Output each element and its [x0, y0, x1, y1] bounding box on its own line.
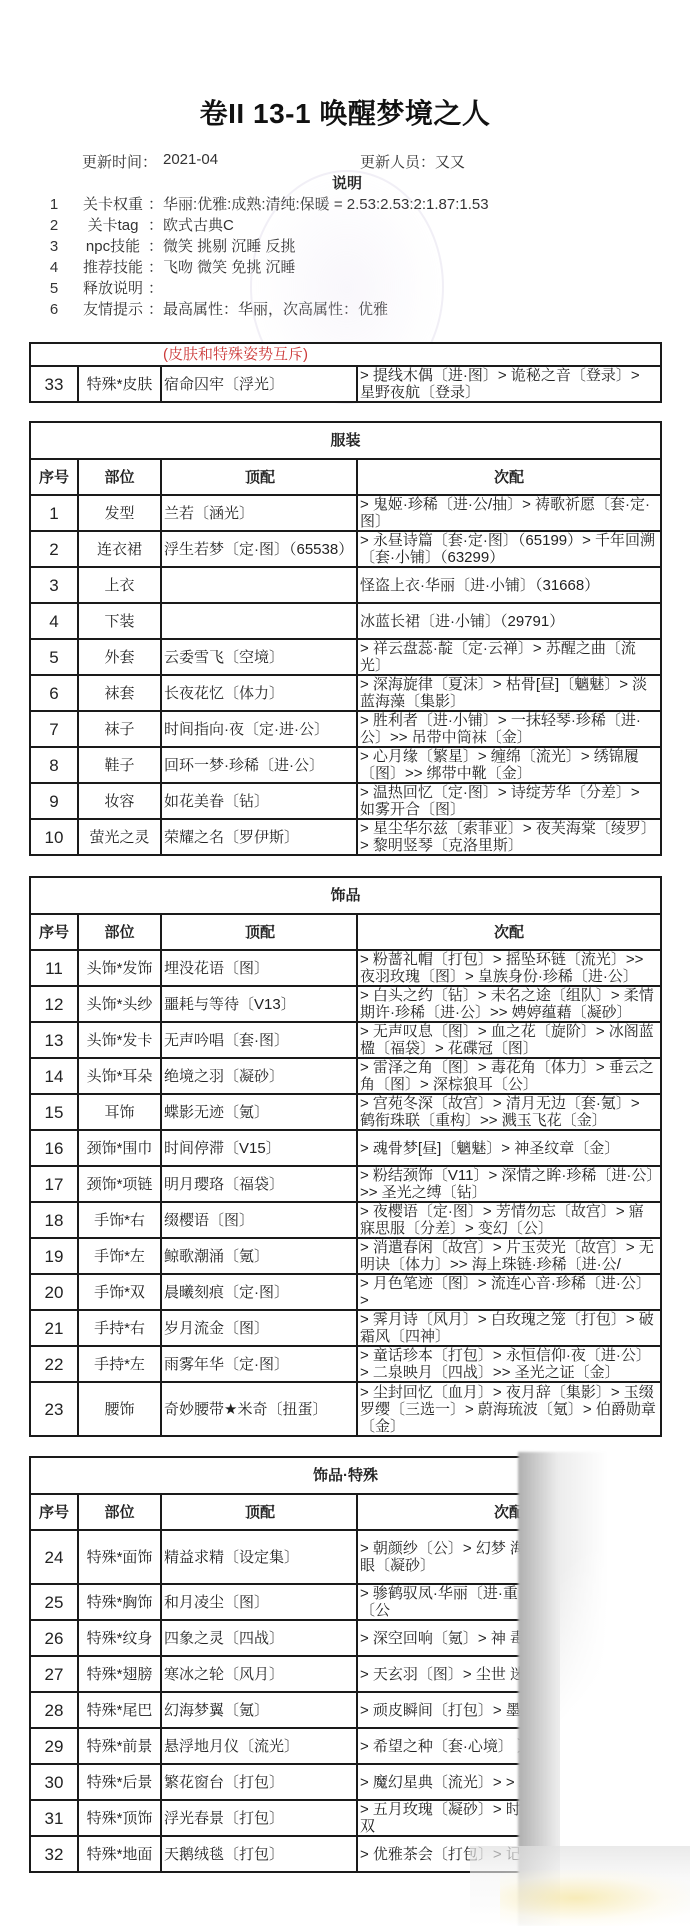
top-pick: 噩耗与等待〔V13〕: [160, 987, 356, 1021]
alternatives: 怪盗上衣·华丽〔进·小铺〕（31668）: [356, 568, 660, 602]
alternatives: > 胜利者〔进·小铺〕> 一抹轻琴·珍稀〔进·公〕>> 吊带中筒袜〔金〕: [356, 712, 660, 746]
alternatives-text: > 心月缘〔繁星〕> 缠绵〔流光〕> 绣锦履〔图〕>> 绑带中靴〔金〕: [360, 748, 658, 782]
note-separator: ：: [148, 215, 163, 236]
row-number: 27: [31, 1657, 77, 1691]
row-number: 5: [31, 640, 77, 674]
row-number: 10: [31, 820, 77, 854]
alternatives: > 粉结颈饰〔V11〕> 深情之眸·珍稀〔进·公〕>> 圣光之缚〔钻〕: [356, 1167, 660, 1201]
row-number: 30: [31, 1765, 77, 1799]
table-row: 23腰饰奇妙腰带★米奇〔扭蛋〕> 尘封回忆〔血月〕> 夜月辞〔集影〕> 玉缀罗缨…: [31, 1381, 660, 1435]
row-number: 19: [31, 1239, 77, 1273]
slot-name: 上衣: [77, 568, 160, 602]
update-time-value: 2021-04: [163, 151, 218, 168]
slot-name: 耳饰: [77, 1095, 160, 1129]
slot-name: 特殊*皮肤: [77, 367, 160, 401]
row-number: 8: [31, 748, 77, 782]
column-header: 顶配: [160, 460, 356, 494]
table-row: 7袜子时间指向·夜〔定·进·公〕> 胜利者〔进·小铺〕> 一抹轻琴·珍稀〔进·公…: [31, 710, 660, 746]
table-header-row: 序号部位顶配次配: [31, 458, 660, 494]
table-header-row: 序号部位顶配次配: [31, 913, 660, 949]
yellow-glow: [500, 1870, 690, 1926]
row-number: 20: [31, 1275, 77, 1309]
note-number: 6: [44, 299, 64, 320]
slot-name: 特殊*前景: [77, 1729, 160, 1763]
slot-name: 手饰*双: [77, 1275, 160, 1309]
top-pick: 晨曦刻痕〔定·图〕: [160, 1275, 356, 1309]
alternatives-text: > 宫苑冬深〔故宫〕> 清月无边〔套·氪〕> 鹤衔珠联〔重构〕>> 溅玉飞花〔金…: [360, 1095, 658, 1129]
row-number: 3: [31, 568, 77, 602]
alternatives: > 粉蔷礼帽〔打包〕> 摇坠环链〔流光〕>> 夜羽玫瑰〔图〕> 皇族身份·珍稀〔…: [356, 951, 660, 985]
table-row: 3上衣怪盗上衣·华丽〔进·小铺〕（31668）: [31, 566, 660, 602]
top-pick: [160, 568, 356, 602]
alternatives-text: > 星尘华尔兹〔索菲亚〕> 夜芙海棠〔绫罗〕> 黎明竖琴〔克洛里斯〕: [360, 820, 658, 854]
note-number: 2: [44, 215, 64, 236]
row-number: 32: [31, 1837, 77, 1871]
column-header: 顶配: [160, 1495, 356, 1529]
table-row: 2连衣裙浮生若梦〔定·图〕（65538）> 永昼诗篇〔套·定·图〕（65199）…: [31, 530, 660, 566]
alternatives: > 温热回忆〔定·图〕> 诗绽芳华〔分差〕> 如雾开合〔图〕: [356, 784, 660, 818]
row-number: 15: [31, 1095, 77, 1129]
note-separator: ：: [148, 194, 163, 215]
updater-label: 更新人员：: [360, 151, 435, 172]
slot-name: 颈饰*围巾: [77, 1131, 160, 1165]
note-label: 推荐技能: [76, 257, 150, 278]
alternatives-text: > 无声叹息〔图〕> 血之花〔旋阶〕> 冰阁蓝楹〔福袋〕> 花碟冠〔图〕: [360, 1023, 658, 1057]
note-label: 关卡权重: [76, 194, 150, 215]
alternatives: > 月色笔迹〔图〕> 流连心音·珍稀〔进·公〕>: [356, 1275, 660, 1309]
row-number: 7: [31, 712, 77, 746]
alternatives-text: 冰蓝长裙〔进·小铺〕（29791）: [360, 613, 564, 630]
table-title-row: 服装: [31, 423, 660, 458]
top-pick: 缀樱语〔图〕: [160, 1203, 356, 1237]
top-pick: 奇妙腰带★米奇〔扭蛋〕: [160, 1383, 356, 1435]
table-title: 服装: [31, 423, 660, 458]
table-row: 6袜套长夜花忆〔体力〕> 深海旋律〔夏沫〕> 枯骨[昼]〔魑魅〕> 淡蓝海藻〔集…: [31, 674, 660, 710]
alternatives: > 祥云盘蕊·靛〔定·云禅〕> 苏醒之曲〔流光〕: [356, 640, 660, 674]
alternatives-text: > 魂骨梦[昼]〔魑魅〕> 神圣纹章〔金〕: [360, 1140, 619, 1157]
table-row: 16颈饰*围巾时间停滞〔V15〕> 魂骨梦[昼]〔魑魅〕> 神圣纹章〔金〕: [31, 1129, 660, 1165]
table-row: 33特殊*皮肤宿命囚牢〔浮光〕> 提线木偶〔进·图〕> 诡秘之音〔登录〕> 星野…: [31, 365, 660, 401]
alternatives: > 雷泽之角〔图〕> 毒花角〔体力〕> 垂云之角〔图〕> 深棕狼耳〔公〕: [356, 1059, 660, 1093]
column-header: 次配: [356, 460, 660, 494]
alternatives-text: 怪盗上衣·华丽〔进·小铺〕（31668）: [360, 577, 599, 594]
slot-name: 下装: [77, 604, 160, 638]
slot-name: 头饰*耳朵: [77, 1059, 160, 1093]
column-header: 次配: [356, 915, 660, 949]
page-title: 卷II 13-1 唤醒梦境之人: [0, 92, 690, 132]
alternatives-text: > 提线木偶〔进·图〕> 诡秘之音〔登录〕> 星野夜航〔登录〕: [360, 367, 658, 401]
table-row: 10萤光之灵荣耀之名〔罗伊斯〕> 星尘华尔兹〔索菲亚〕> 夜芙海棠〔绫罗〕> 黎…: [31, 818, 660, 854]
slot-name: 手饰*左: [77, 1239, 160, 1273]
row-number: 22: [31, 1347, 77, 1381]
top-pick: 幻海梦翼〔氪〕: [160, 1693, 356, 1727]
slot-name: 手持*右: [77, 1311, 160, 1345]
alternatives: > 深海旋律〔夏沫〕> 枯骨[昼]〔魑魅〕> 淡蓝海藻〔集影〕: [356, 676, 660, 710]
table-clothing: 服装序号部位顶配次配1发型兰若〔涵光〕> 鬼姬·珍稀〔进·公/抽〕> 祷歌祈愿〔…: [29, 421, 662, 856]
slot-name: 头饰*发卡: [77, 1023, 160, 1057]
table-row: 5外套云委雪飞〔空境〕> 祥云盘蕊·靛〔定·云禅〕> 苏醒之曲〔流光〕: [31, 638, 660, 674]
top-pick: 精益求精〔设定集〕: [160, 1531, 356, 1583]
row-number: 4: [31, 604, 77, 638]
row-number: 2: [31, 532, 77, 566]
alternatives-text: > 深海旋律〔夏沫〕> 枯骨[昼]〔魑魅〕> 淡蓝海藻〔集影〕: [360, 676, 658, 710]
alternatives-text: > 粉结颈饰〔V11〕> 深情之眸·珍稀〔进·公〕>> 圣光之缚〔钻〕: [360, 1167, 658, 1201]
slot-name: 妆容: [77, 784, 160, 818]
row-number: 14: [31, 1059, 77, 1093]
row-number: 23: [31, 1383, 77, 1435]
slot-name: 袜子: [77, 712, 160, 746]
alternatives-text: > 粉蔷礼帽〔打包〕> 摇坠环链〔流光〕>> 夜羽玫瑰〔图〕> 皇族身份·珍稀〔…: [360, 951, 658, 985]
row-number: 17: [31, 1167, 77, 1201]
table-row: 19手饰*左鲸歌潮涌〔氪〕> 消遣春闲〔故宫〕> 片玉荧光〔故宫〕> 无明诀〔体…: [31, 1237, 660, 1273]
top-pick: 荣耀之名〔罗伊斯〕: [160, 820, 356, 854]
alternatives: > 消遣春闲〔故宫〕> 片玉荧光〔故宫〕> 无明诀〔体力〕>> 海上珠链·珍稀〔…: [356, 1239, 660, 1273]
column-header: 序号: [31, 1495, 77, 1529]
note-number: 1: [44, 194, 64, 215]
column-header: 部位: [77, 1495, 160, 1529]
note-separator: ：: [148, 278, 163, 299]
exclusive-note: (皮肤和特殊姿势互斥): [31, 344, 660, 365]
column-header: 部位: [77, 915, 160, 949]
top-pick: 悬浮地月仪〔流光〕: [160, 1729, 356, 1763]
alternatives-text: > 温热回忆〔定·图〕> 诗绽芳华〔分差〕> 如雾开合〔图〕: [360, 784, 658, 818]
table-row: 8鞋子回环一梦·珍稀〔进·公〕> 心月缘〔繁星〕> 缠绵〔流光〕> 绣锦履〔图〕…: [31, 746, 660, 782]
updater-value: 又又: [435, 151, 465, 172]
table-title-row: 饰品: [31, 878, 660, 913]
top-pick: 蝶影无迹〔氪〕: [160, 1095, 356, 1129]
note-label: 释放说明: [76, 278, 150, 299]
alternatives-text: > 尘封回忆〔血月〕> 夜月辞〔集影〕> 玉缀罗缨〔三选一〕> 蔚海琉波〔氪〕>…: [360, 1384, 658, 1435]
top-pick: 埋没花语〔图〕: [160, 951, 356, 985]
row-number: 11: [31, 951, 77, 985]
top-pick: 回环一梦·珍稀〔进·公〕: [160, 748, 356, 782]
alternatives-text: > 月色笔迹〔图〕> 流连心音·珍稀〔进·公〕>: [360, 1275, 658, 1309]
top-pick: 和月凌尘〔图〕: [160, 1585, 356, 1619]
row-number: 16: [31, 1131, 77, 1165]
alternatives: > 无声叹息〔图〕> 血之花〔旋阶〕> 冰阁蓝楹〔福袋〕> 花碟冠〔图〕: [356, 1023, 660, 1057]
slot-name: 发型: [77, 496, 160, 530]
slot-name: 外套: [77, 640, 160, 674]
row-number: 24: [31, 1531, 77, 1583]
table-row: 17颈饰*项链明月璎珞〔福袋〕> 粉结颈饰〔V11〕> 深情之眸·珍稀〔进·公〕…: [31, 1165, 660, 1201]
slot-name: 特殊*顶饰: [77, 1801, 160, 1835]
slot-name: 连衣裙: [77, 532, 160, 566]
top-pick: 长夜花忆〔体力〕: [160, 676, 356, 710]
slot-name: 袜套: [77, 676, 160, 710]
note-label: 友情提示: [76, 299, 150, 320]
table-row: 11头饰*发饰埋没花语〔图〕> 粉蔷礼帽〔打包〕> 摇坠环链〔流光〕>> 夜羽玫…: [31, 949, 660, 985]
alternatives: > 鬼姬·珍稀〔进·公/抽〕> 祷歌祈愿〔套·定·图〕: [356, 496, 660, 530]
table-row: 15耳饰蝶影无迹〔氪〕> 宫苑冬深〔故宫〕> 清月无边〔套·氪〕> 鹤衔珠联〔重…: [31, 1093, 660, 1129]
note-separator: ：: [148, 257, 163, 278]
row-number: 33: [31, 367, 77, 401]
note-separator: ：: [148, 299, 163, 320]
update-time-label: 更新时间：: [82, 151, 157, 172]
row-number: 18: [31, 1203, 77, 1237]
top-pick: 鲸歌潮涌〔氪〕: [160, 1239, 356, 1273]
table-accessories: 饰品序号部位顶配次配11头饰*发饰埋没花语〔图〕> 粉蔷礼帽〔打包〕> 摇坠环链…: [29, 876, 662, 1437]
row-number: 29: [31, 1729, 77, 1763]
top-pick: 四象之灵〔四战〕: [160, 1621, 356, 1655]
top-pick: 天鹅绒毯〔打包〕: [160, 1837, 356, 1871]
table-title: 饰品: [31, 878, 660, 913]
slot-name: 手饰*右: [77, 1203, 160, 1237]
top-pick: 明月璎珞〔福袋〕: [160, 1167, 356, 1201]
alternatives: > 白头之约〔钻〕> 未名之途〔组队〕> 柔情期许·珍稀〔进·公〕>> 娉婷蕴藉…: [356, 987, 660, 1021]
alternatives-text: > 永昼诗篇〔套·定·图〕（65199）> 千年回溯〔套·小铺〕（63299）: [360, 532, 658, 566]
table-row: 13头饰*发卡无声吟唱〔套·图〕> 无声叹息〔图〕> 血之花〔旋阶〕> 冰阁蓝楹…: [31, 1021, 660, 1057]
alternatives-text: > 胜利者〔进·小铺〕> 一抹轻琴·珍稀〔进·公〕>> 吊带中筒袜〔金〕: [360, 712, 658, 746]
alternatives-text: > 消遣春闲〔故宫〕> 片玉荧光〔故宫〕> 无明诀〔体力〕>> 海上珠链·珍稀〔…: [360, 1239, 658, 1273]
top-pick: [160, 604, 356, 638]
note-number: 5: [44, 278, 64, 299]
note-number: 3: [44, 236, 64, 257]
row-number: 12: [31, 987, 77, 1021]
alternatives: > 永昼诗篇〔套·定·图〕（65199）> 千年回溯〔套·小铺〕（63299）: [356, 532, 660, 566]
alternatives: 冰蓝长裙〔进·小铺〕（29791）: [356, 604, 660, 638]
slot-name: 特殊*尾巴: [77, 1693, 160, 1727]
slot-name: 特殊*纹身: [77, 1621, 160, 1655]
top-pick: 寒冰之轮〔风月〕: [160, 1657, 356, 1691]
table-row: 20手饰*双晨曦刻痕〔定·图〕> 月色笔迹〔图〕> 流连心音·珍稀〔进·公〕>: [31, 1273, 660, 1309]
top-pick: 时间停滞〔V15〕: [160, 1131, 356, 1165]
alternatives-text: > 童话珍本〔打包〕> 永恒信仰·夜〔进·公〕> 二泉映月〔四战〕>> 圣光之证…: [360, 1347, 658, 1381]
top-pick: 宿命囚牢〔浮光〕: [160, 367, 356, 401]
row-number: 26: [31, 1621, 77, 1655]
slot-name: 特殊*后景: [77, 1765, 160, 1799]
top-pick: 繁花窗台〔打包〕: [160, 1765, 356, 1799]
table-row: 4下装冰蓝长裙〔进·小铺〕（29791）: [31, 602, 660, 638]
note-value: 欧式古典C: [163, 215, 234, 236]
table-skin: (皮肤和特殊姿势互斥)33特殊*皮肤宿命囚牢〔浮光〕> 提线木偶〔进·图〕> 诡…: [29, 342, 662, 403]
table-row: 18手饰*右缀樱语〔图〕> 夜樱语〔定·图〕> 芳情勿忘〔故宫〕> 寤寐思服〔分…: [31, 1201, 660, 1237]
slot-name: 头饰*头纱: [77, 987, 160, 1021]
row-number: 31: [31, 1801, 77, 1835]
note-label: 关卡tag: [76, 215, 150, 236]
slot-name: 特殊*地面: [77, 1837, 160, 1871]
row-number: 28: [31, 1693, 77, 1727]
alternatives-text: > 白头之约〔钻〕> 未名之途〔组队〕> 柔情期许·珍稀〔进·公〕>> 娉婷蕴藉…: [360, 987, 658, 1021]
row-number: 6: [31, 676, 77, 710]
column-header: 序号: [31, 915, 77, 949]
alternatives-text: > 雷泽之角〔图〕> 毒花角〔体力〕> 垂云之角〔图〕> 深棕狼耳〔公〕: [360, 1059, 658, 1093]
top-pick: 浮光春景〔打包〕: [160, 1801, 356, 1835]
top-pick: 兰若〔涵光〕: [160, 496, 356, 530]
note-number: 4: [44, 257, 64, 278]
row-number: 21: [31, 1311, 77, 1345]
note-label: npc技能: [76, 236, 150, 257]
top-pick: 云委雪飞〔空境〕: [160, 640, 356, 674]
table-row: 14头饰*耳朵绝境之羽〔凝砂〕> 雷泽之角〔图〕> 毒花角〔体力〕> 垂云之角〔…: [31, 1057, 660, 1093]
alternatives: > 夜樱语〔定·图〕> 芳情勿忘〔故宫〕> 寤寐思服〔分差〕> 变幻〔公〕: [356, 1203, 660, 1237]
row-number: 13: [31, 1023, 77, 1057]
table-row: 12头饰*头纱噩耗与等待〔V13〕> 白头之约〔钻〕> 未名之途〔组队〕> 柔情…: [31, 985, 660, 1021]
top-pick: 时间指向·夜〔定·进·公〕: [160, 712, 356, 746]
column-header: 序号: [31, 460, 77, 494]
alternatives-text: > 鬼姬·珍稀〔进·公/抽〕> 祷歌祈愿〔套·定·图〕: [360, 496, 658, 530]
top-pick: 绝境之羽〔凝砂〕: [160, 1059, 356, 1093]
table-note-row: (皮肤和特殊姿势互斥): [31, 344, 660, 365]
table-row: 22手持*左雨雾年华〔定·图〕> 童话珍本〔打包〕> 永恒信仰·夜〔进·公〕> …: [31, 1345, 660, 1381]
alternatives: > 魂骨梦[昼]〔魑魅〕> 神圣纹章〔金〕: [356, 1131, 660, 1165]
alternatives: > 提线木偶〔进·图〕> 诡秘之音〔登录〕> 星野夜航〔登录〕: [356, 367, 660, 401]
slot-name: 鞋子: [77, 748, 160, 782]
column-header: 顶配: [160, 915, 356, 949]
alternatives-text: > 祥云盘蕊·靛〔定·云禅〕> 苏醒之曲〔流光〕: [360, 640, 658, 674]
alternatives: > 宫苑冬深〔故宫〕> 清月无边〔套·氪〕> 鹤衔珠联〔重构〕>> 溅玉飞花〔金…: [356, 1095, 660, 1129]
table-row: 1发型兰若〔涵光〕> 鬼姬·珍稀〔进·公/抽〕> 祷歌祈愿〔套·定·图〕: [31, 494, 660, 530]
slot-name: 萤光之灵: [77, 820, 160, 854]
alternatives: > 星尘华尔兹〔索菲亚〕> 夜芙海棠〔绫罗〕> 黎明竖琴〔克洛里斯〕: [356, 820, 660, 854]
alternatives-text: > 霁月诗〔风月〕> 白玫瑰之笼〔打包〕> 破霜风〔四神〕: [360, 1311, 658, 1345]
row-number: 25: [31, 1585, 77, 1619]
alternatives: > 心月缘〔繁星〕> 缠绵〔流光〕> 绣锦履〔图〕>> 绑带中靴〔金〕: [356, 748, 660, 782]
slot-name: 颈饰*项链: [77, 1167, 160, 1201]
top-pick: 如花美眷〔钻〕: [160, 784, 356, 818]
table-row: 21手持*右岁月流金〔图〕> 霁月诗〔风月〕> 白玫瑰之笼〔打包〕> 破霜风〔四…: [31, 1309, 660, 1345]
slot-name: 特殊*翅膀: [77, 1657, 160, 1691]
slot-name: 腰饰: [77, 1383, 160, 1435]
alternatives: > 童话珍本〔打包〕> 永恒信仰·夜〔进·公〕> 二泉映月〔四战〕>> 圣光之证…: [356, 1347, 660, 1381]
row-number: 1: [31, 496, 77, 530]
note-separator: ：: [148, 236, 163, 257]
column-header: 部位: [77, 460, 160, 494]
row-number: 9: [31, 784, 77, 818]
alternatives-text: > 夜樱语〔定·图〕> 芳情勿忘〔故宫〕> 寤寐思服〔分差〕> 变幻〔公〕: [360, 1203, 658, 1237]
table-row: 9妆容如花美眷〔钻〕> 温热回忆〔定·图〕> 诗绽芳华〔分差〕> 如雾开合〔图〕: [31, 782, 660, 818]
slot-name: 头饰*发饰: [77, 951, 160, 985]
slot-name: 特殊*胸饰: [77, 1585, 160, 1619]
top-pick: 岁月流金〔图〕: [160, 1311, 356, 1345]
top-pick: 无声吟唱〔套·图〕: [160, 1023, 356, 1057]
slot-name: 特殊*面饰: [77, 1531, 160, 1583]
top-pick: 浮生若梦〔定·图〕（65538）: [160, 532, 356, 566]
alternatives: > 霁月诗〔风月〕> 白玫瑰之笼〔打包〕> 破霜风〔四神〕: [356, 1311, 660, 1345]
alternatives: > 尘封回忆〔血月〕> 夜月辞〔集影〕> 玉缀罗缨〔三选一〕> 蔚海琉波〔氪〕>…: [356, 1383, 660, 1435]
slot-name: 手持*左: [77, 1347, 160, 1381]
top-pick: 雨雾年华〔定·图〕: [160, 1347, 356, 1381]
